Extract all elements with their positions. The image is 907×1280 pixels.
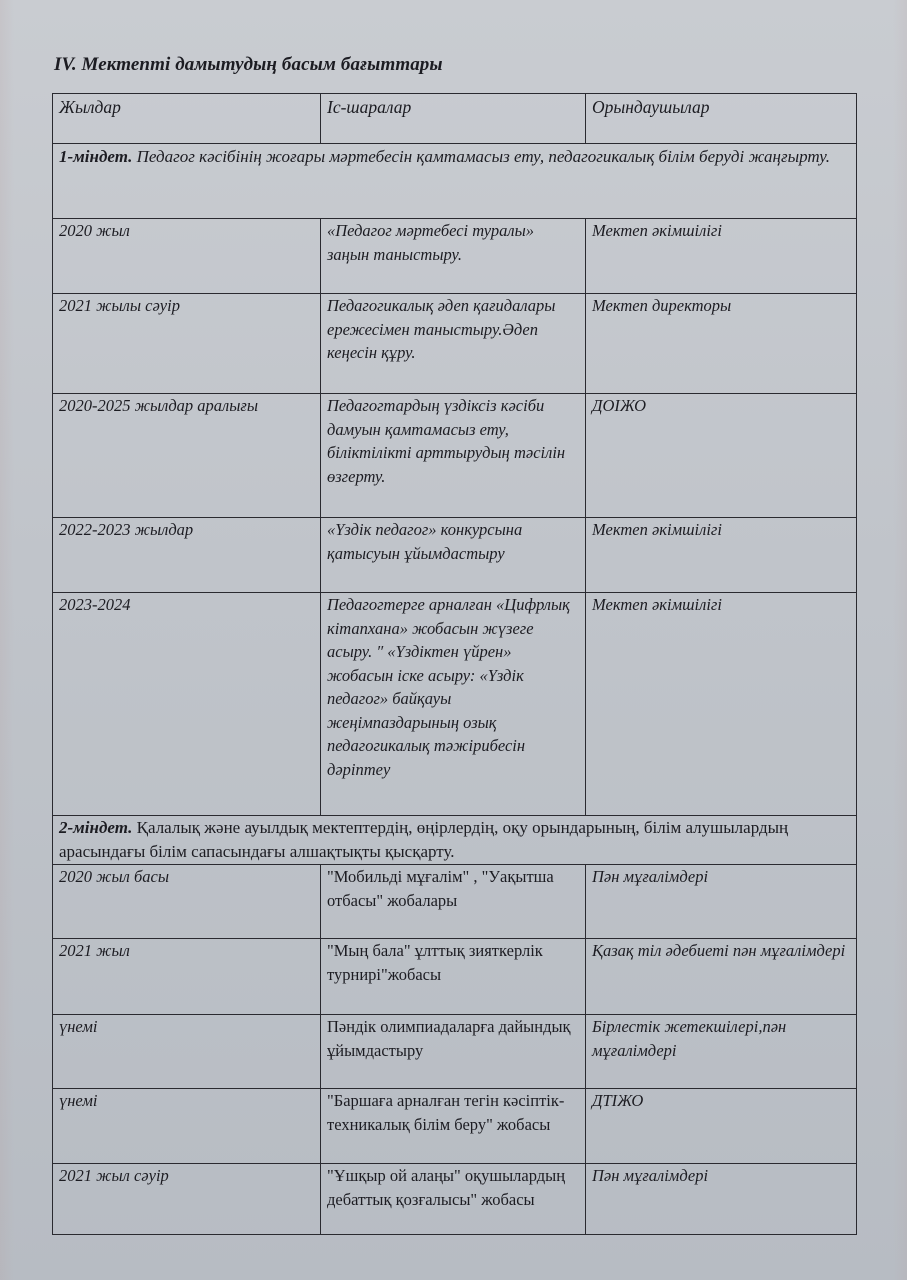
- executors-cell: Мектеп директоры: [586, 294, 857, 394]
- years-cell: 2023-2024: [53, 593, 321, 816]
- years-cell: 2022-2023 жылдар: [53, 518, 321, 593]
- table-row: үнемі "Баршаға арналған тегін кәсіптік-т…: [53, 1089, 857, 1164]
- executors-cell: Пән мұғалімдері: [586, 865, 857, 939]
- activity-cell: Педагогикалық әдеп қағидалары ережесімен…: [321, 294, 586, 394]
- activity-cell: "Баршаға арналған тегін кәсіптік-техника…: [321, 1089, 586, 1164]
- table-row: 2020 жыл басы "Мобильді мұғалім" , "Уақы…: [53, 865, 857, 939]
- years-cell: 2021 жыл: [53, 939, 321, 1015]
- executors-cell: ДТІЖО: [586, 1089, 857, 1164]
- table-row: 2022-2023 жылдар «Үздік педагог» конкурс…: [53, 518, 857, 593]
- executors-cell: Пән мұғалімдері: [586, 1164, 857, 1235]
- section-heading: IV. Мектепті дамытудың басым бағыттары: [54, 54, 443, 76]
- executors-cell: Қазақ тіл әдебиеті пән мұғалімдері: [586, 939, 857, 1015]
- activity-cell: Пәндік олимпиадаларға дайындық ұйымдасты…: [321, 1015, 586, 1089]
- column-header-activities: Іс-шаралар: [321, 94, 586, 144]
- activity-cell: Педагогтардың үздіксіз кәсіби дамуын қам…: [321, 394, 586, 518]
- activity-cell: "Мың бала" ұлттық зияткерлік турнирі"жоб…: [321, 939, 586, 1015]
- executors-cell: Мектеп әкімшілігі: [586, 219, 857, 294]
- years-cell: 2021 жылы сәуір: [53, 294, 321, 394]
- years-cell: 2020-2025 жылдар аралығы: [53, 394, 321, 518]
- years-cell: 2020 жыл басы: [53, 865, 321, 939]
- table-row: 2020-2025 жылдар аралығы Педагогтардың ү…: [53, 394, 857, 518]
- task-2-row: 2-міндет. Қалалық және ауылдық мектептер…: [53, 816, 857, 865]
- task-2-text: Қалалық және ауылдық мектептердің, өңірл…: [59, 818, 788, 861]
- activity-cell: "Ұшқыр ой алаңы" оқушылардың дебаттық қо…: [321, 1164, 586, 1235]
- column-header-years: Жылдар: [53, 94, 321, 144]
- task-1-text: Педагог кәсібінің жоғары мәртебесін қамт…: [132, 147, 830, 166]
- task-1-row: 1-міндет. Педагог кәсібінің жоғары мәрте…: [53, 144, 857, 219]
- task-2-label: 2-міндет.: [59, 818, 132, 837]
- executors-cell: ДОІЖО: [586, 394, 857, 518]
- task-2-heading: 2-міндет. Қалалық және ауылдық мектептер…: [53, 816, 857, 865]
- executors-cell: Мектеп әкімшілігі: [586, 518, 857, 593]
- executors-cell: Мектеп әкімшілігі: [586, 593, 857, 816]
- years-cell: үнемі: [53, 1089, 321, 1164]
- activity-cell: «Педагог мәртебесі туралы» заңын танысты…: [321, 219, 586, 294]
- table-row: 2023-2024 Педагогтерге арналған «Цифрлық…: [53, 593, 857, 816]
- priority-directions-table: Жылдар Іс-шаралар Орындаушылар 1-міндет.…: [52, 93, 857, 1235]
- years-cell: үнемі: [53, 1015, 321, 1089]
- table-row: үнемі Пәндік олимпиадаларға дайындық ұйы…: [53, 1015, 857, 1089]
- executors-cell: Бірлестік жетекшілері,пән мұғалімдері: [586, 1015, 857, 1089]
- task-1-label: 1-міндет.: [59, 147, 132, 166]
- table-row: 2021 жылы сәуір Педагогикалық әдеп қағид…: [53, 294, 857, 394]
- activity-cell: Педагогтерге арналған «Цифрлық кітапхана…: [321, 593, 586, 816]
- activity-cell: «Үздік педагог» конкурсына қатысуын ұйым…: [321, 518, 586, 593]
- column-header-executors: Орындаушылар: [586, 94, 857, 144]
- years-cell: 2021 жыл сәуір: [53, 1164, 321, 1235]
- table-row: 2020 жыл «Педагог мәртебесі туралы» заңы…: [53, 219, 857, 294]
- years-cell: 2020 жыл: [53, 219, 321, 294]
- table-row: 2021 жыл "Мың бала" ұлттық зияткерлік ту…: [53, 939, 857, 1015]
- table-header-row: Жылдар Іс-шаралар Орындаушылар: [53, 94, 857, 144]
- task-1-heading: 1-міндет. Педагог кәсібінің жоғары мәрте…: [53, 144, 857, 219]
- table-row: 2021 жыл сәуір "Ұшқыр ой алаңы" оқушылар…: [53, 1164, 857, 1235]
- activity-cell: "Мобильді мұғалім" , "Уақытша отбасы" жо…: [321, 865, 586, 939]
